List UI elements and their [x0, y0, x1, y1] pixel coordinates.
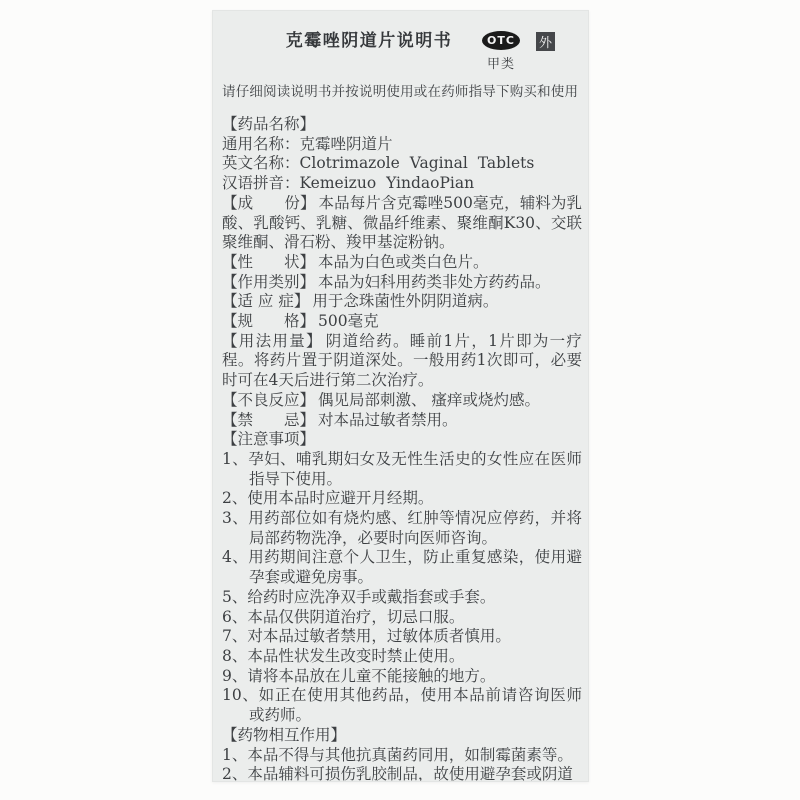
list-item: 2、本品辅料可损伤乳胶制品，故使用避孕套或阴道 [222, 765, 582, 782]
list-item: 1、孕妇、哺乳期妇女及无性生活史的女性应在医师指导下使用。 [222, 450, 582, 489]
otc-badge: OTC [482, 31, 520, 50]
section-strength: 【规 格】500毫克 [222, 312, 582, 332]
section-appearance: 【性 状】本品为白色或类白色片。 [222, 253, 582, 273]
section-indications: 【适 应 症】用于念珠菌性外阴阴道病。 [222, 292, 582, 312]
section-text: 本品为妇科用药类非处方药药品。 [318, 273, 551, 291]
drug-name-english: 英文名称：Clotrimazole Vaginal Tablets [222, 154, 582, 174]
external-use-badge: 外 [536, 32, 555, 51]
list-item: 2、使用本品时应避开月经期。 [222, 489, 582, 509]
section-label: 【规 格】 [222, 312, 315, 330]
leaflet-title: 克霉唑阴道片说明书 [213, 26, 525, 51]
section-precautions-label: 【注意事项】 [222, 430, 582, 450]
leaflet-body: 【药品名称】 通用名称：克霉唑阴道片 英文名称：Clotrimazole Vag… [222, 115, 582, 782]
section-action-category: 【作用类别】本品为妇科用药类非处方药药品。 [222, 273, 582, 293]
section-text: 500毫克 [318, 312, 379, 330]
list-item: 1、本品不得与其他抗真菌药同用，如制霉菌素等。 [222, 746, 582, 766]
section-contraindications: 【禁 忌】对本品过敏者禁用。 [222, 411, 582, 431]
list-item: 10、如正在使用其他药品，使用本品前请咨询医师或药师。 [222, 686, 582, 725]
section-label: 【不良反应】 [222, 391, 315, 409]
list-item: 3、用药部位如有烧灼感、红肿等情况应停药，并将局部药物洗净，必要时向医师咨询。 [222, 509, 582, 548]
leaflet-paper: 克霉唑阴道片说明书 OTC 甲类 外 请仔细阅读说明书并按说明使用或在药师指导下… [212, 10, 589, 782]
section-text: 对本品过敏者禁用。 [318, 411, 458, 429]
usage-notice: 请仔细阅读说明书并按说明使用或在药师指导下购买和使用 [222, 80, 582, 100]
section-label: 【性 状】 [222, 253, 315, 271]
list-item: 4、用药期间注意个人卫生，防止重复感染，使用避孕套或避免房事。 [222, 548, 582, 587]
list-item: 9、请将本品放在儿童不能接触的地方。 [222, 667, 582, 687]
otc-category-label: 甲类 [480, 53, 522, 72]
page-background: 克霉唑阴道片说明书 OTC 甲类 外 请仔细阅读说明书并按说明使用或在药师指导下… [0, 0, 800, 800]
section-text: 偶见局部刺激、 瘙痒或烧灼感。 [318, 391, 540, 409]
list-item: 8、本品性状发生改变时禁止使用。 [222, 647, 582, 667]
section-label: 【用法用量】 [222, 332, 323, 350]
section-ingredients: 【成 份】本品每片含克霉唑500毫克，辅料为乳酸、乳酸钙、乳糖、微晶纤维素、聚维… [222, 194, 582, 253]
section-label: 【禁 忌】 [222, 411, 315, 429]
section-text: 用于念珠菌性外阴阴道病。 [312, 292, 498, 310]
drug-name-pinyin: 汉语拼音：Kemeizuo YindaoPian [222, 174, 582, 194]
list-item: 5、给药时应洗净双手或戴指套或手套。 [222, 588, 582, 608]
section-label: 【成 份】 [222, 194, 316, 212]
section-text: 本品为白色或类白色片。 [318, 253, 489, 271]
section-drug-name-label: 【药品名称】 [222, 115, 582, 135]
section-interactions-label: 【药物相互作用】 [222, 726, 582, 746]
drug-name-generic: 通用名称：克霉唑阴道片 [222, 135, 582, 155]
section-dosage: 【用法用量】阴道给药。睡前1片，1片即为一疗程。将药片置于阴道深处。一般用药1次… [222, 332, 582, 391]
list-item: 7、对本品过敏者禁用，过敏体质者慎用。 [222, 627, 582, 647]
section-label: 【作用类别】 [222, 273, 315, 291]
otc-badge-group: OTC 甲类 [480, 31, 522, 72]
list-item: 6、本品仅供阴道治疗，切忌口服。 [222, 608, 582, 628]
section-label: 【适 应 症】 [222, 292, 309, 310]
section-adverse-reactions: 【不良反应】偶见局部刺激、 瘙痒或烧灼感。 [222, 391, 582, 411]
